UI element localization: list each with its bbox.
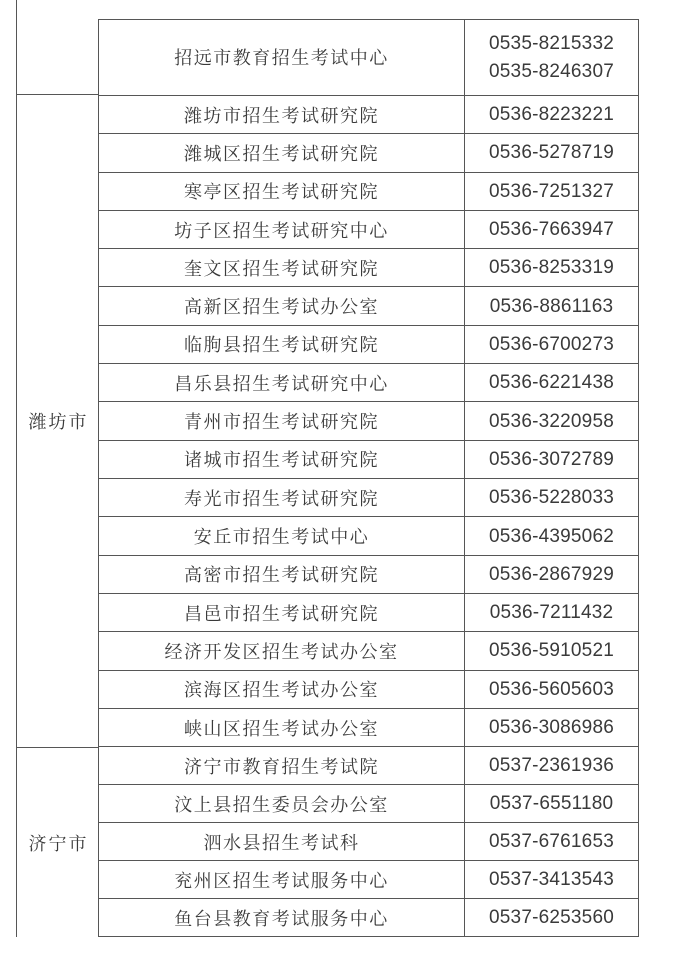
table-row: 诸城市招生考试研究院0536-3072789 xyxy=(99,440,638,478)
phone-number: 0536-7251327 xyxy=(489,182,614,201)
main-column: 招远市教育招生考试中心0535-82153320535-8246307潍坊市招生… xyxy=(98,19,639,937)
institution-cell: 高新区招生考试办公室 xyxy=(99,287,465,324)
phone-number: 0535-8215332 xyxy=(489,34,614,53)
phone-number: 0536-7211432 xyxy=(490,603,614,622)
phone-cell: 0536-4395062 xyxy=(465,517,638,554)
phone-cell: 0535-82153320535-8246307 xyxy=(465,20,638,95)
phone-number: 0536-5605603 xyxy=(489,680,614,699)
city-label: 潍坊市 xyxy=(27,408,89,434)
institution-cell: 潍城区招生考试研究院 xyxy=(99,134,465,171)
table-row: 高新区招生考试办公室0536-8861163 xyxy=(99,286,638,324)
institution-cell: 诸城市招生考试研究院 xyxy=(99,441,465,478)
phone-number: 0536-8253319 xyxy=(489,258,614,277)
city-cell-jining: 济宁市 xyxy=(17,747,98,937)
phone-cell: 0536-5228033 xyxy=(465,479,638,516)
table-row: 鱼台县教育考试服务中心0537-6253560 xyxy=(99,898,638,936)
institution-cell: 鱼台县教育考试服务中心 xyxy=(99,899,465,936)
table-row: 昌邑市招生考试研究院0536-7211432 xyxy=(99,593,638,631)
phone-cell: 0536-7211432 xyxy=(465,594,638,631)
institution-cell: 坊子区招生考试研究中心 xyxy=(99,211,465,248)
institution-cell: 昌乐县招生考试研究中心 xyxy=(99,364,465,401)
phone-cell: 0536-7663947 xyxy=(465,211,638,248)
phone-number: 0537-2361936 xyxy=(489,756,614,775)
institution-cell: 昌邑市招生考试研究院 xyxy=(99,594,465,631)
phone-cell: 0536-6700273 xyxy=(465,326,638,363)
phone-number: 0536-6221438 xyxy=(489,373,614,392)
phone-cell: 0537-6761653 xyxy=(465,823,638,860)
phone-cell: 0536-2867929 xyxy=(465,556,638,593)
phone-number: 0536-6700273 xyxy=(489,335,614,354)
phone-number: 0536-4395062 xyxy=(489,527,614,546)
phone-number: 0537-6253560 xyxy=(489,908,614,927)
institution-cell: 潍坊市招生考试研究院 xyxy=(99,96,465,133)
city-label: 济宁市 xyxy=(27,830,89,856)
phone-cell: 0536-5910521 xyxy=(465,632,638,669)
table-row: 潍城区招生考试研究院0536-5278719 xyxy=(99,133,638,171)
phone-cell: 0536-8861163 xyxy=(465,287,638,324)
institution-cell: 招远市教育招生考试中心 xyxy=(99,20,465,95)
table-row: 临朐县招生考试研究院0536-6700273 xyxy=(99,325,638,363)
phone-cell: 0536-6221438 xyxy=(465,364,638,401)
phone-number: 0536-5278719 xyxy=(489,143,614,162)
phone-cell: 0536-7251327 xyxy=(465,173,638,210)
institution-cell: 汶上县招生委员会办公室 xyxy=(99,785,465,822)
city-cell-continued xyxy=(17,0,98,94)
table-row: 兖州区招生考试服务中心0537-3413543 xyxy=(99,860,638,898)
phone-number: 0536-8861163 xyxy=(490,297,614,316)
institution-cell: 峡山区招生考试办公室 xyxy=(99,709,465,746)
institution-cell: 经济开发区招生考试办公室 xyxy=(99,632,465,669)
phone-number: 0537-3413543 xyxy=(489,870,614,889)
contact-table-document: 潍坊市 济宁市 招远市教育招生考试中心0535-82153320535-8246… xyxy=(0,0,680,968)
phone-number: 0536-3086986 xyxy=(489,718,614,737)
phone-cell: 0536-5605603 xyxy=(465,671,638,708)
table-row: 峡山区招生考试办公室0536-3086986 xyxy=(99,708,638,746)
city-column: 潍坊市 济宁市 xyxy=(16,0,98,937)
phone-number: 0536-7663947 xyxy=(489,220,614,239)
phone-number: 0536-5228033 xyxy=(489,488,614,507)
institution-cell: 济宁市教育招生考试院 xyxy=(99,747,465,784)
phone-cell: 0537-3413543 xyxy=(465,861,638,898)
table-row: 济宁市教育招生考试院0537-2361936 xyxy=(99,746,638,784)
table-row: 寿光市招生考试研究院0536-5228033 xyxy=(99,478,638,516)
institution-cell: 兖州区招生考试服务中心 xyxy=(99,861,465,898)
table-row: 安丘市招生考试中心0536-4395062 xyxy=(99,516,638,554)
phone-number: 0537-6761653 xyxy=(489,832,614,851)
table-row: 滨海区招生考试办公室0536-5605603 xyxy=(99,670,638,708)
table-row: 泗水县招生考试科0537-6761653 xyxy=(99,822,638,860)
table-row: 奎文区招生考试研究院0536-8253319 xyxy=(99,248,638,286)
phone-cell: 0537-6253560 xyxy=(465,899,638,936)
table-row: 潍坊市招生考试研究院0536-8223221 xyxy=(99,95,638,133)
institution-cell: 青州市招生考试研究院 xyxy=(99,402,465,439)
institution-cell: 滨海区招生考试办公室 xyxy=(99,671,465,708)
institution-cell: 安丘市招生考试中心 xyxy=(99,517,465,554)
institution-cell: 奎文区招生考试研究院 xyxy=(99,249,465,286)
institution-cell: 高密市招生考试研究院 xyxy=(99,556,465,593)
phone-number: 0536-5910521 xyxy=(489,641,614,660)
phone-cell: 0537-6551180 xyxy=(465,785,638,822)
phone-number: 0536-2867929 xyxy=(489,565,614,584)
phone-number: 0536-3220958 xyxy=(489,412,614,431)
phone-number: 0536-8223221 xyxy=(489,105,614,124)
phone-cell: 0537-2361936 xyxy=(465,747,638,784)
phone-number: 0537-6551180 xyxy=(490,794,614,813)
table-row: 寒亭区招生考试研究院0536-7251327 xyxy=(99,172,638,210)
institution-cell: 寿光市招生考试研究院 xyxy=(99,479,465,516)
table-row: 招远市教育招生考试中心0535-82153320535-8246307 xyxy=(99,20,638,95)
institution-cell: 临朐县招生考试研究院 xyxy=(99,326,465,363)
city-cell-weifang: 潍坊市 xyxy=(17,94,98,747)
table-row: 青州市招生考试研究院0536-3220958 xyxy=(99,401,638,439)
phone-number: 0535-8246307 xyxy=(489,62,614,81)
table-row: 汶上县招生委员会办公室0537-6551180 xyxy=(99,784,638,822)
institution-cell: 泗水县招生考试科 xyxy=(99,823,465,860)
table-row: 高密市招生考试研究院0536-2867929 xyxy=(99,555,638,593)
phone-cell: 0536-8253319 xyxy=(465,249,638,286)
institution-cell: 寒亭区招生考试研究院 xyxy=(99,173,465,210)
phone-number: 0536-3072789 xyxy=(489,450,614,469)
phone-cell: 0536-3072789 xyxy=(465,441,638,478)
phone-cell: 0536-3086986 xyxy=(465,709,638,746)
phone-cell: 0536-5278719 xyxy=(465,134,638,171)
phone-cell: 0536-8223221 xyxy=(465,96,638,133)
phone-cell: 0536-3220958 xyxy=(465,402,638,439)
table-row: 昌乐县招生考试研究中心0536-6221438 xyxy=(99,363,638,401)
table-row: 经济开发区招生考试办公室0536-5910521 xyxy=(99,631,638,669)
table-row: 坊子区招生考试研究中心0536-7663947 xyxy=(99,210,638,248)
